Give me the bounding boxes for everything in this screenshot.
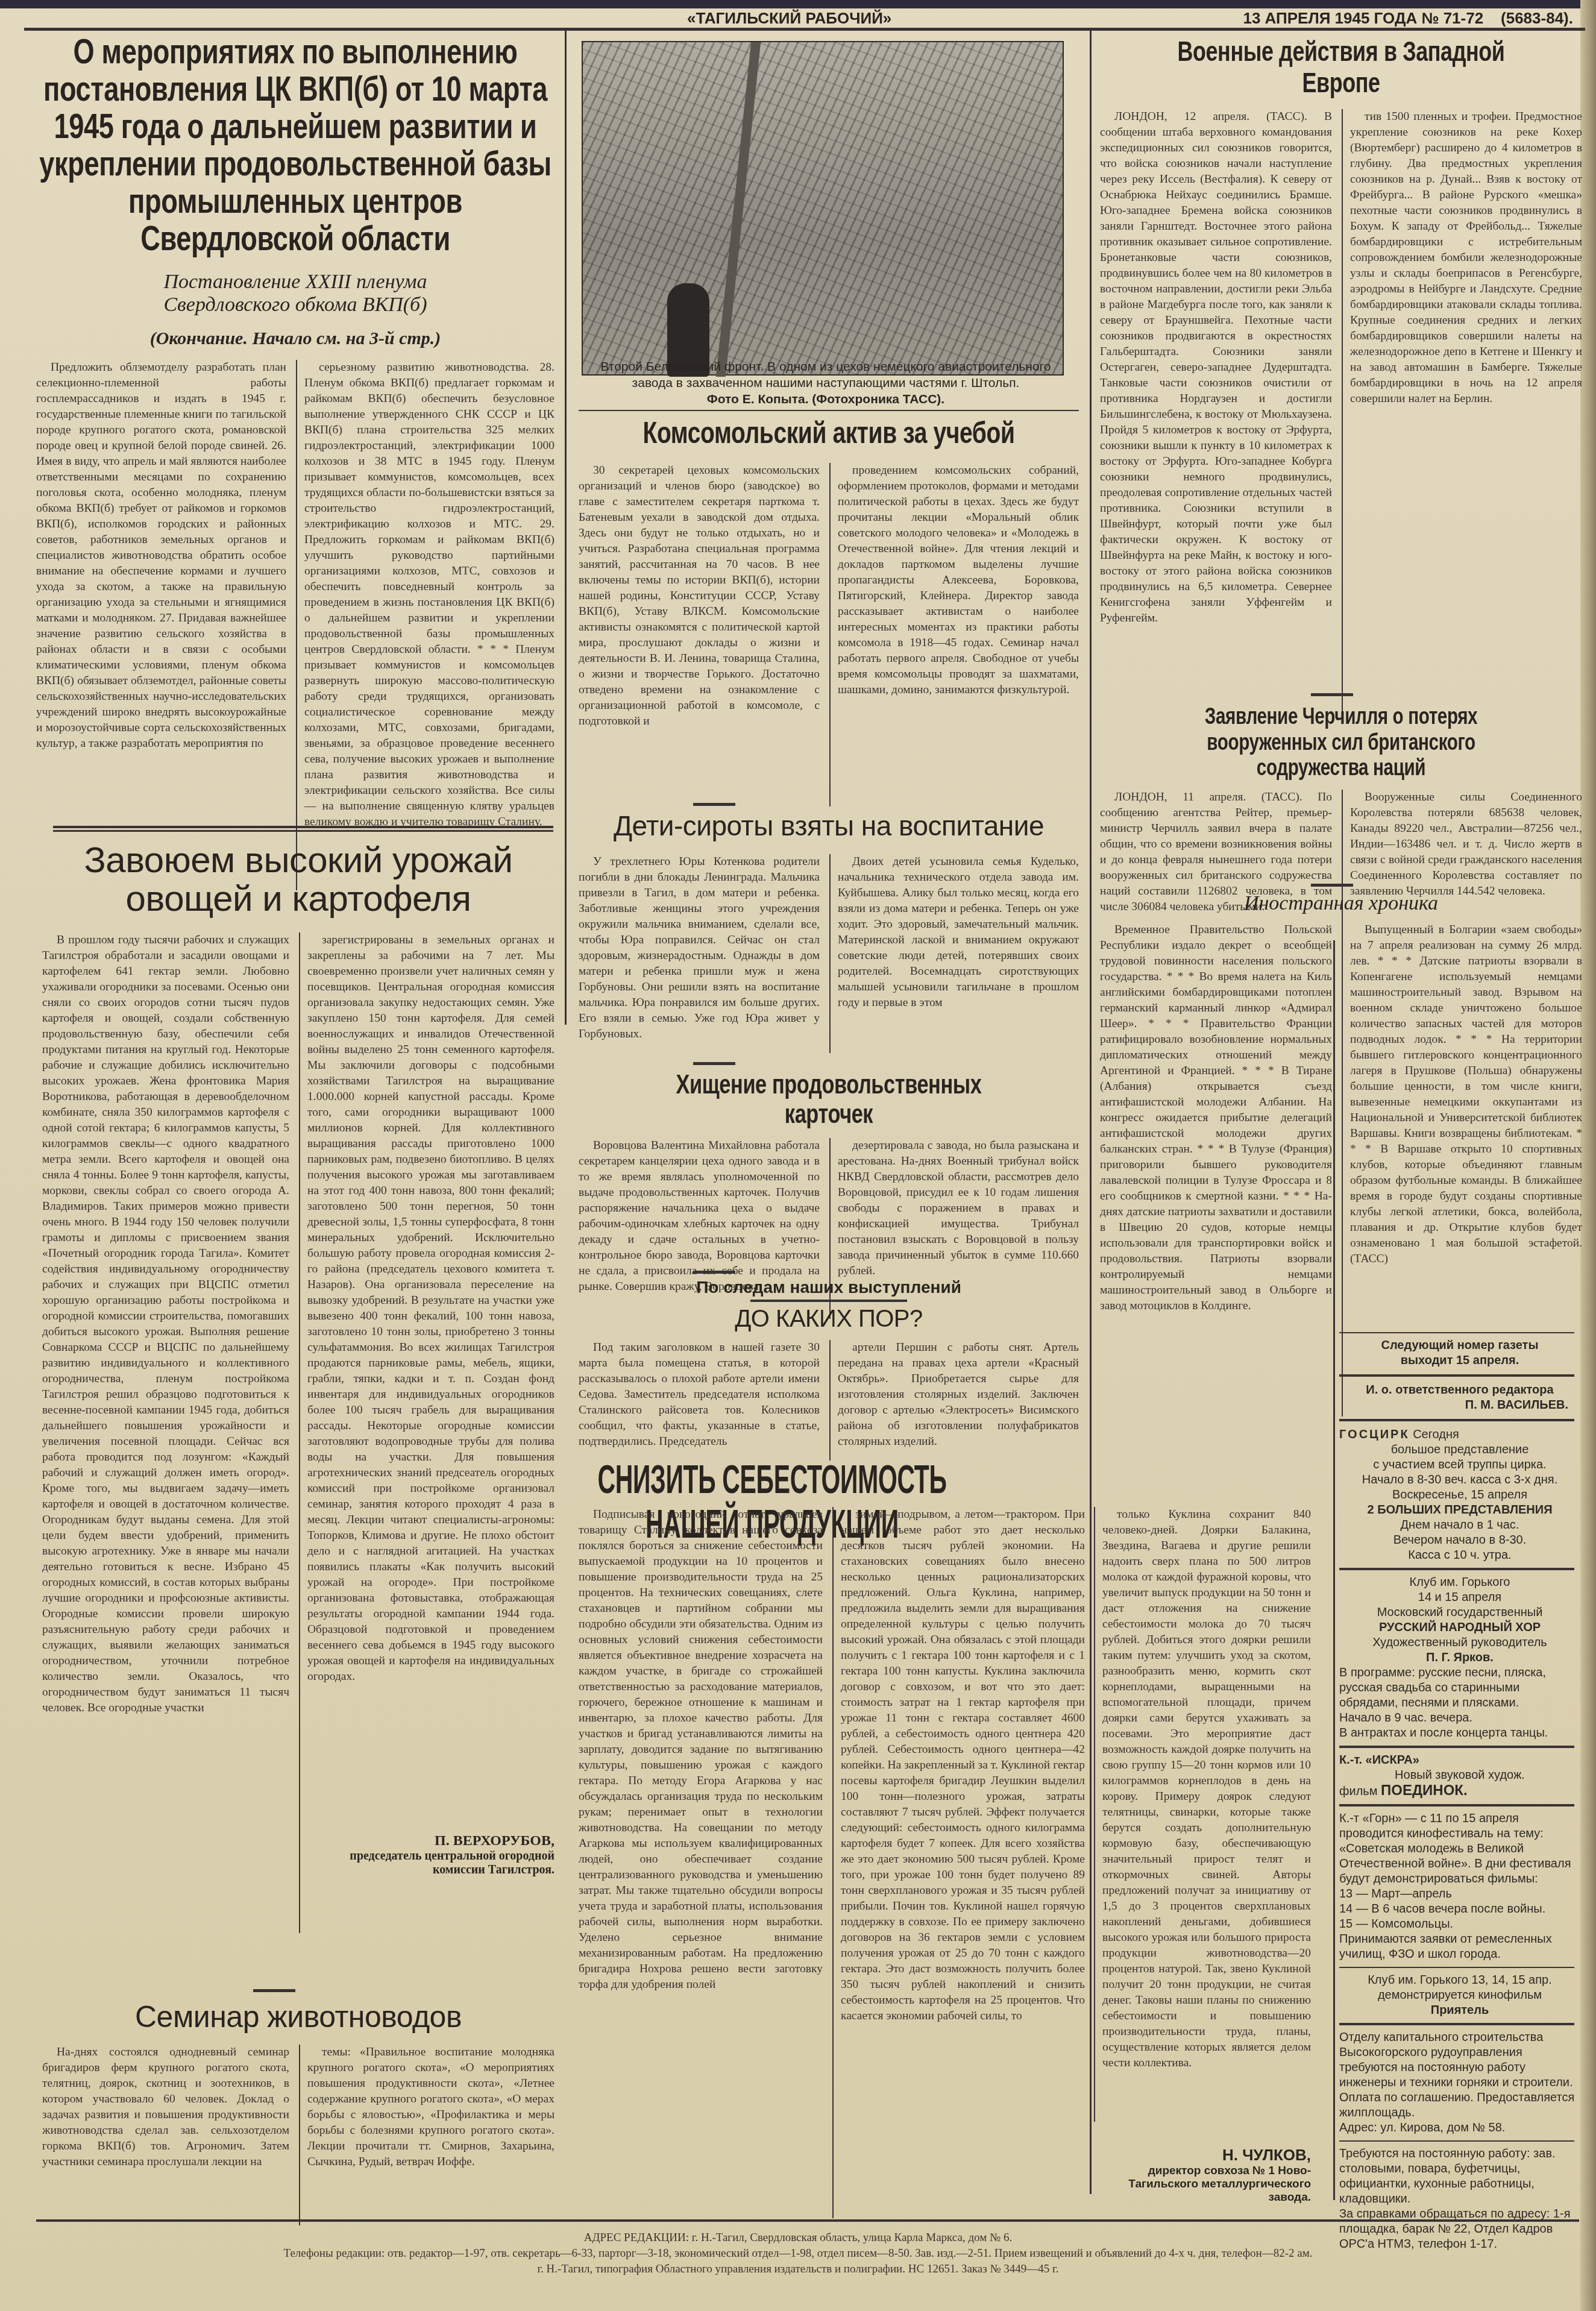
newspaper-name: «ТАГИЛЬСКИЙ РАБОЧИЙ» — [687, 9, 891, 28]
photo-caption-block: Второй Белорусский фронт. В одном из цех… — [579, 359, 1073, 407]
orphans-col-2: Двоих детей усыновила семья Куделько, на… — [829, 854, 1079, 1053]
gorn-film: 13 — Март—апрель — [1339, 1887, 1580, 1902]
section-rule — [253, 1989, 295, 1992]
lead-col-1: Предложить облземотделу разработать план… — [36, 360, 286, 890]
gorn-note: Принимаются заявки от ремесленных училищ… — [1339, 1932, 1580, 1962]
circus-line: Сегодня — [1413, 1428, 1459, 1441]
photo-credit: Фото Е. Копыта. (Фотохроника ТАСС). — [579, 391, 1073, 407]
newspaper-page: «ТАГИЛЬСКИЙ РАБОЧИЙ» 13 АПРЕЛЯ 1945 ГОДА… — [0, 0, 1596, 2311]
choir-program: В программе: русские песни, пляска, русс… — [1339, 1665, 1580, 1711]
churchill-article: Заявление Черчилля о потерях вооруженных… — [1100, 704, 1582, 922]
section-rule — [693, 1062, 735, 1065]
follow-up-headline: ДО КАКИХ ПОР? — [579, 1306, 1079, 1333]
gorky-film-line: демонстрируется кинофильм — [1339, 1988, 1580, 2003]
iskra-name: К.-т. «ИСКРА» — [1339, 1753, 1580, 1768]
footer: АДРЕС РЕДАКЦИИ: г. Н.-Тагил, Свердловска… — [0, 2230, 1596, 2277]
ad-gorky-choir: Клуб им. Горького 14 и 15 апреля Московс… — [1339, 1575, 1580, 1741]
gorn-text: К.-т «Горн» — с 11 по 15 апреля проводит… — [1339, 1811, 1580, 1887]
orphans-article: Дети-сироты взяты на воспитание У трехле… — [579, 811, 1079, 1053]
ad-rule — [1339, 2023, 1574, 2025]
komsomol-col-1: 30 секретарей цеховых комсомольских орга… — [579, 463, 820, 806]
lead-continuation: (Окончание. Начало см. на 3-й стр.) — [36, 329, 555, 349]
rubric-underline — [750, 1300, 907, 1302]
harvest-col-2: зарегистрированы в земельных органах и з… — [307, 932, 555, 1825]
seminar-article: Семинар животноводов На-днях состоялся о… — [42, 2000, 555, 2225]
cost-col-3-wrap: только Куклина сохранит 840 человеко-дне… — [1094, 1507, 1311, 2204]
follow-up-rubric: По следам наших выступлений — [579, 1278, 1079, 1297]
ad-rule — [1339, 1967, 1574, 1968]
chronicle-headline: Иностранная хроника — [1100, 892, 1582, 915]
footer-phones: Телефоны редакции: отв. редактор—1-97, о… — [0, 2246, 1596, 2262]
ad-rule — [1339, 1332, 1574, 1333]
circus-line: с участием всей труппы цирка. — [1339, 1457, 1580, 1473]
circus-line: 2 БОЛЬШИХ ПРЕДСТАВЛЕНИЯ — [1339, 1503, 1580, 1518]
follow-up-col-1: Под таким заголовком в нашей газете 30 м… — [579, 1340, 820, 1460]
ad-circus: ГОСЦИРК Сегодня большое представление с … — [1339, 1427, 1580, 1563]
vysokogorsky-pay: Оплата по соглашению. Предоставляется жи… — [1339, 2090, 1580, 2121]
circus-line: Касса с 10 ч. утра. — [1339, 1548, 1580, 1563]
seminar-col-2: темы: «Правильное воспитание молодняка к… — [299, 2045, 555, 2225]
issue-serial: (5683-84). — [1501, 9, 1573, 27]
photo-caption: Второй Белорусский фронт. В одном из цех… — [579, 359, 1073, 391]
gorn-film: 14 — В 6 часов вечера после войны. — [1339, 1902, 1580, 1917]
ad-gorn: К.-т «Горн» — с 11 по 15 апреля проводит… — [1339, 1811, 1580, 1962]
ads-divider — [1333, 940, 1335, 2200]
choir-line: Клуб им. Горького — [1339, 1575, 1580, 1590]
choir-line: Московский государственный — [1339, 1605, 1580, 1620]
ad-iskra: К.-т. «ИСКРА» Новый звуковой худож. филь… — [1339, 1753, 1580, 1799]
ad-rule — [1339, 1568, 1574, 1570]
ad-gorky-film: Клуб им. Горького 13, 14, 15 апр. демонс… — [1339, 1973, 1580, 2018]
masthead: «ТАГИЛЬСКИЙ РАБОЧИЙ» 13 АПРЕЛЯ 1945 ГОДА… — [24, 6, 1585, 30]
western-headline: Военные действия в Западной Европе — [1153, 36, 1529, 98]
komsomol-col-2: проведением комсомольских собраний, офор… — [829, 463, 1079, 806]
iskra-prefix: фильм — [1339, 1785, 1377, 1798]
section-rule — [1311, 693, 1353, 696]
western-col-2: тив 1500 пленных и трофеи. Предмостное у… — [1342, 109, 1582, 712]
harvest-col-1: В прошлом году тысячи рабочих и служащих… — [42, 932, 289, 1933]
lead-subtitle-1: Постановление XXIII пленума — [36, 271, 555, 294]
iskra-line: Новый звуковой худож. — [1339, 1768, 1580, 1783]
next-issue-line-1: Следующий номер газеты — [1339, 1338, 1580, 1353]
column-divider — [1090, 30, 1092, 2194]
ad-vysokogorsky: Отделу капитального строительства Высоко… — [1339, 2030, 1580, 2136]
circus-line: большое представление — [1339, 1442, 1580, 1457]
vysokogorsky-text: Отделу капитального строительства Высоко… — [1339, 2030, 1580, 2090]
lead-subtitle-2: Свердловского обкома ВКП(б) — [36, 294, 555, 316]
footer-address: АДРЕС РЕДАКЦИИ: г. Н.-Тагил, Свердловска… — [0, 2230, 1596, 2246]
photo-tree-shape — [716, 42, 761, 377]
harvest-author: П. ВЕРХОРУБОВ, — [307, 1833, 555, 1849]
section-rule — [1311, 884, 1353, 887]
circus-name: ГОСЦИРК — [1339, 1428, 1410, 1441]
ad-rule — [1339, 1419, 1574, 1421]
circus-line: Начало в 8-30 веч. касса с 3-х дня. — [1339, 1473, 1580, 1488]
issue-date: 13 АПРЕЛЯ 1945 ГОДА № 71-72 (5683-84). — [1243, 9, 1573, 28]
harvest-article: Завоюем высокий урожай овощей и картофел… — [42, 841, 555, 1933]
masthead-rule — [24, 28, 1585, 31]
choir-start: Начало в 9 час. вечера. — [1339, 1711, 1580, 1726]
cost-author: Н. ЧУЛКОВ, — [1094, 2146, 1311, 2165]
ad-rule — [1339, 1374, 1574, 1377]
gorky-film-line: Клуб им. Горького 13, 14, 15 апр. — [1339, 1973, 1580, 1988]
section-rule — [693, 1271, 735, 1274]
news-photo — [582, 41, 1064, 376]
theft-headline: Хищение продовольственных карточек — [633, 1070, 1023, 1130]
lead-col-2: серьезному развитию животноводства. 28. … — [296, 360, 555, 890]
footer-rule — [36, 2219, 1579, 2222]
churchill-headline: Заявление Черчилля о потерях вооруженных… — [1153, 704, 1529, 781]
komsomol-article: Комсомольский актив за учебой 30 секрета… — [579, 416, 1079, 806]
footer-printer: г. Н.-Тагил, типография Областного управ… — [0, 2262, 1596, 2277]
lead-headline: О мероприятиях по выполнению постановлен… — [37, 33, 554, 257]
editor-name: П. М. ВАСИЛЬЕВ. — [1339, 1398, 1580, 1413]
section-rule — [693, 803, 735, 806]
circus-line: Днем начало в 1 час. — [1339, 1518, 1580, 1533]
ads-column: Следующий номер газеты выходит 15 апреля… — [1339, 1332, 1580, 2252]
western-col-1: ЛОНДОН, 12 апреля. (ТАСС). В сообщении ш… — [1100, 109, 1332, 712]
harvest-author-title: председатель центральной огородной комис… — [307, 1849, 555, 1877]
choir-line: 14 и 15 апреля — [1339, 1590, 1580, 1605]
harvest-headline-2: овощей и картофеля — [42, 879, 555, 918]
choir-dance: В антрактах и после концерта танцы. — [1339, 1726, 1580, 1741]
western-front-article: Военные действия в Западной Европе ЛОНДО… — [1100, 36, 1582, 712]
ad-rule — [1339, 1804, 1574, 1806]
ad-rule — [1339, 1746, 1574, 1748]
choir-line: РУССКИЙ НАРОДНЫЙ ХОР — [1339, 1620, 1580, 1635]
cost-col-3: только Куклина сохранит 840 человеко-дне… — [1094, 1507, 1311, 2122]
chronicle-col-1: Временное Правительство Польской Республ… — [1100, 922, 1332, 1416]
circus-line: Вечером начало в 8-30. — [1339, 1533, 1580, 1548]
section-rule — [53, 826, 553, 832]
section-rule — [579, 410, 1079, 411]
scan-right-edge — [1580, 0, 1596, 2311]
ors-text: Требуются на постоянную работу: зав. сто… — [1339, 2146, 1580, 2207]
cost-reduction-body: Подписывая новогодний отчет уральцев тов… — [579, 1507, 1085, 2218]
editor-title: И. о. ответственного редактора — [1339, 1383, 1580, 1398]
choir-line: П. Г. Ярков. — [1339, 1650, 1580, 1665]
komsomol-headline: Комсомольский актив за учебой — [633, 416, 1023, 450]
cost-col-1: Подписывая новогодний отчет уральцев тов… — [579, 1507, 823, 2218]
cost-author-title: директор совхоза № 1 Ново-Тагильского ме… — [1094, 2165, 1311, 2204]
seminar-headline: Семинар животноводов — [42, 2000, 555, 2034]
gorn-film: 15 — Комсомольцы. — [1339, 1917, 1580, 1932]
gorky-film-title: Приятель — [1339, 2003, 1580, 2018]
lead-article: О мероприятиях по выполнению постановлен… — [36, 33, 555, 890]
choir-line: Художественный руководитель — [1339, 1635, 1580, 1650]
seminar-col-1: На-днях состоялся однодневный семинар бр… — [42, 2045, 289, 2225]
next-issue-line-2: выходит 15 апреля. — [1339, 1353, 1580, 1368]
follow-up-col-2: артели Першин с работы снят. Артель пере… — [829, 1340, 1079, 1460]
vysokogorsky-address: Адрес: ул. Кирова, дом № 58. — [1339, 2121, 1580, 2136]
iskra-film: ПОЕДИНОК. — [1381, 1782, 1468, 1799]
cost-col-2: зимой—подрывом, а летом—трактором. При н… — [832, 1507, 1085, 2218]
harvest-headline-1: Завоюем высокий урожай — [42, 841, 555, 879]
orphans-col-1: У трехлетнего Юры Котенкова родители пог… — [579, 854, 820, 1053]
circus-line: Воскресенье, 15 апреля — [1339, 1488, 1580, 1503]
column-divider — [565, 30, 567, 1025]
follow-up-article: По следам наших выступлений ДО КАКИХ ПОР… — [579, 1278, 1079, 1460]
ad-rule — [1339, 2140, 1574, 2142]
orphans-headline: Дети-сироты взяты на воспитание — [579, 811, 1079, 842]
